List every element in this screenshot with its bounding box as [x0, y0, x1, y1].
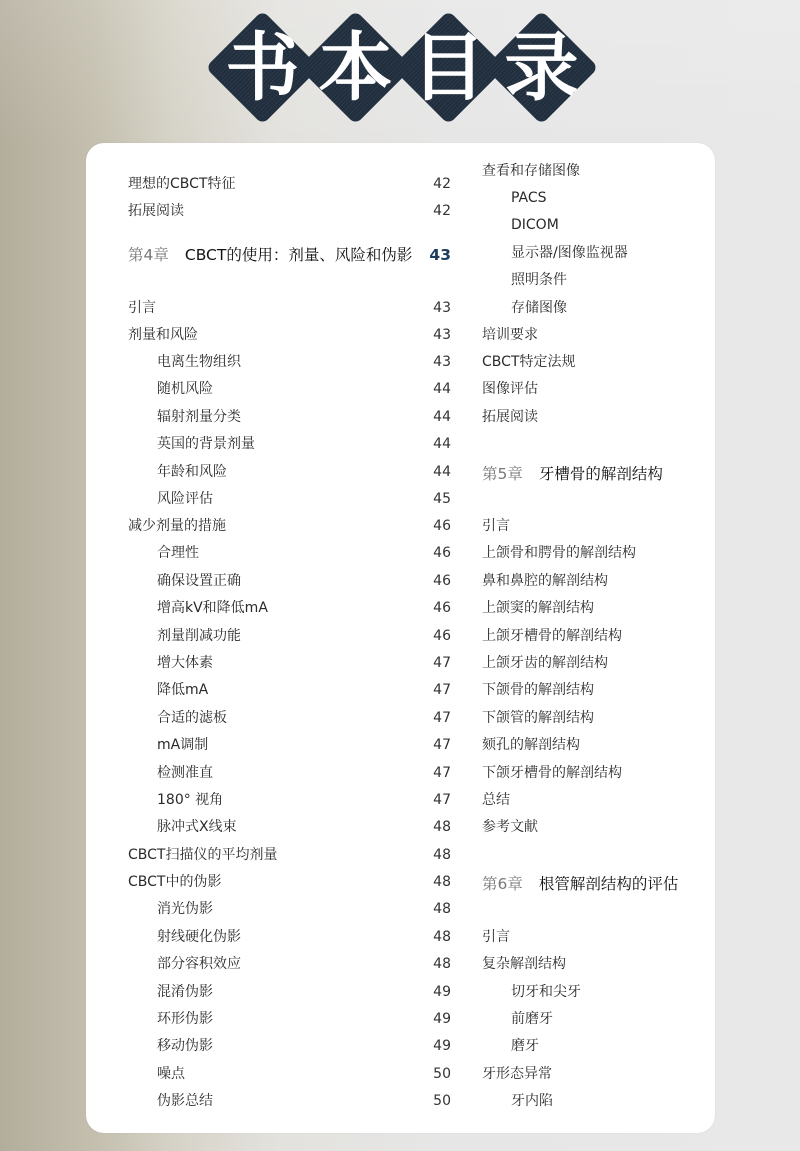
- toc-subentry[interactable]: 英国的背景剂量44: [128, 431, 451, 458]
- toc-entry[interactable]: 牙形态异常: [482, 1061, 712, 1088]
- entry-label: 风险评估: [157, 491, 213, 507]
- entry-label: 复杂解剖结构: [482, 956, 566, 972]
- entry-page-number: 49: [433, 979, 451, 1006]
- toc-entry[interactable]: 拓展阅读: [482, 404, 712, 431]
- toc-entry[interactable]: 图像评估: [482, 376, 712, 403]
- entry-label: 照明条件: [511, 272, 567, 288]
- toc-subentry[interactable]: 照明条件: [482, 267, 712, 294]
- entry-label: 图像评估: [482, 381, 538, 397]
- toc-entry[interactable]: CBCT特定法规: [482, 349, 712, 376]
- entry-label: 合理性: [157, 545, 199, 561]
- toc-entry[interactable]: 下颌牙槽骨的解剖结构: [482, 760, 712, 787]
- toc-entry[interactable]: 参考文献: [482, 814, 712, 841]
- chapter-number: 第6章: [482, 875, 523, 893]
- toc-entry[interactable]: 上颌窦的解剖结构: [482, 595, 712, 622]
- chapter-heading[interactable]: 第6章根管解剖结构的评估: [482, 869, 712, 899]
- entry-page-number: 44: [433, 431, 451, 458]
- toc-subentry[interactable]: 剂量削减功能46: [128, 623, 451, 650]
- toc-subentry[interactable]: 噪点50: [128, 1061, 451, 1088]
- toc-entry[interactable]: 上颌牙齿的解剖结构: [482, 650, 712, 677]
- toc-entry[interactable]: 颏孔的解剖结构: [482, 732, 712, 759]
- toc-subentry[interactable]: 合理性46: [128, 540, 451, 567]
- entry-page-number: 50: [433, 1088, 451, 1115]
- entry-label: PACS: [511, 190, 547, 206]
- entry-label: 合适的滤板: [157, 710, 227, 726]
- chapter-title: 根管解剖结构的评估: [539, 875, 679, 893]
- toc-entry[interactable]: 总结: [482, 787, 712, 814]
- entry-label: 电离生物组织: [157, 354, 241, 370]
- toc-subentry[interactable]: 180° 视角47: [128, 787, 451, 814]
- entry-label: 上颌窦的解剖结构: [482, 600, 594, 616]
- toc-subentry[interactable]: 部分容积效应48: [128, 951, 451, 978]
- title-badge: 录: [484, 10, 599, 125]
- entry-label: 混淆伪影: [157, 984, 213, 1000]
- entry-label: 牙形态异常: [482, 1066, 552, 1082]
- toc-subentry[interactable]: 风险评估45: [128, 486, 451, 513]
- toc-entry[interactable]: 培训要求: [482, 322, 712, 349]
- chapter-title: CBCT的使用：剂量、风险和伪影: [185, 246, 412, 264]
- chapter-number: 第5章: [482, 465, 523, 483]
- entry-page-number: 43: [433, 349, 451, 376]
- toc-subentry[interactable]: 磨牙: [482, 1033, 712, 1060]
- toc-subentry[interactable]: 移动伪影49: [128, 1033, 451, 1060]
- toc-subentry[interactable]: 显示器/图像监视器: [482, 240, 712, 267]
- toc-subentry[interactable]: 消光伪影48: [128, 896, 451, 923]
- entry-page-number: 48: [433, 814, 451, 841]
- chapter-title: 牙槽骨的解剖结构: [539, 465, 663, 483]
- entry-label: 下颌管的解剖结构: [482, 710, 594, 726]
- toc-subentry[interactable]: 辐射剂量分类44: [128, 404, 451, 431]
- entry-label: 引言: [128, 300, 156, 316]
- entry-label: 上颌牙槽骨的解剖结构: [482, 628, 622, 644]
- entry-label: 上颌骨和腭骨的解剖结构: [482, 545, 636, 561]
- chapter-number: 第4章: [128, 246, 169, 264]
- entry-label: 引言: [482, 518, 510, 534]
- toc-subentry[interactable]: 牙内陷: [482, 1088, 712, 1115]
- entry-page-number: 47: [433, 705, 451, 732]
- toc-subentry[interactable]: 脉冲式X线束48: [128, 814, 451, 841]
- toc-subentry[interactable]: 切牙和尖牙: [482, 979, 712, 1006]
- toc-entry[interactable]: 引言: [482, 513, 712, 540]
- toc-subentry[interactable]: 存储图像: [482, 295, 712, 322]
- entry-label: 180° 视角: [157, 792, 223, 808]
- entry-page-number: 46: [433, 595, 451, 622]
- entry-label: 磨牙: [511, 1038, 539, 1054]
- toc-subentry[interactable]: 增高kV和降低mA46: [128, 595, 451, 622]
- entry-label: 随机风险: [157, 381, 213, 397]
- entry-page-number: 48: [433, 842, 451, 869]
- toc-subentry[interactable]: 环形伪影49: [128, 1006, 451, 1033]
- chapter-page-number: 43: [429, 240, 451, 270]
- entry-page-number: 49: [433, 1006, 451, 1033]
- toc-entry[interactable]: 下颌管的解剖结构: [482, 705, 712, 732]
- entry-label: 引言: [482, 929, 510, 945]
- toc-entry[interactable]: 查看和存储图像: [482, 158, 712, 185]
- entry-label: 确保设置正确: [157, 573, 241, 589]
- entry-label: 脉冲式X线束: [157, 819, 237, 835]
- toc-entry[interactable]: 理想的CBCT特征42: [128, 171, 451, 198]
- entry-page-number: 46: [433, 540, 451, 567]
- entry-label: 环形伪影: [157, 1011, 213, 1027]
- toc-subentry[interactable]: PACS: [482, 185, 712, 212]
- entry-label: 检测准直: [157, 765, 213, 781]
- entry-page-number: 46: [433, 623, 451, 650]
- title-char: 录: [484, 10, 599, 125]
- toc-entry[interactable]: 复杂解剖结构: [482, 951, 712, 978]
- toc-entry[interactable]: 减少剂量的措施46: [128, 513, 451, 540]
- entry-label: 颏孔的解剖结构: [482, 737, 580, 753]
- entry-label: 辐射剂量分类: [157, 409, 241, 425]
- chapter-heading[interactable]: 第4章CBCT的使用：剂量、风险和伪影43: [128, 240, 451, 270]
- entry-page-number: 44: [433, 376, 451, 403]
- entry-page-number: 47: [433, 677, 451, 704]
- entry-label: 减少剂量的措施: [128, 518, 226, 534]
- toc-entry[interactable]: CBCT中的伪影48: [128, 869, 451, 896]
- entry-page-number: 43: [433, 322, 451, 349]
- entry-label: 剂量削减功能: [157, 628, 241, 644]
- entry-label: CBCT扫描仪的平均剂量: [128, 847, 277, 863]
- toc-subentry[interactable]: 降低mA47: [128, 677, 451, 704]
- entry-page-number: 47: [433, 732, 451, 759]
- entry-label: 移动伪影: [157, 1038, 213, 1054]
- entry-label: 噪点: [157, 1066, 185, 1082]
- entry-page-number: 47: [433, 760, 451, 787]
- entry-label: 增高kV和降低mA: [157, 600, 268, 616]
- entry-page-number: 48: [433, 869, 451, 896]
- entry-page-number: 44: [433, 404, 451, 431]
- entry-label: 降低mA: [157, 682, 208, 698]
- entry-page-number: 48: [433, 951, 451, 978]
- entry-page-number: 49: [433, 1033, 451, 1060]
- toc-subentry[interactable]: 合适的滤板47: [128, 705, 451, 732]
- toc-entry[interactable]: CBCT扫描仪的平均剂量48: [128, 842, 451, 869]
- entry-page-number: 46: [433, 513, 451, 540]
- toc-subentry[interactable]: 前磨牙: [482, 1006, 712, 1033]
- entry-label: 参考文献: [482, 819, 538, 835]
- entry-label: 下颌牙槽骨的解剖结构: [482, 765, 622, 781]
- toc-entry[interactable]: 拓展阅读42: [128, 198, 451, 225]
- entry-label: 鼻和鼻腔的解剖结构: [482, 573, 608, 589]
- entry-label: CBCT特定法规: [482, 354, 575, 370]
- entry-page-number: 45: [433, 486, 451, 513]
- entry-label: 存储图像: [511, 300, 567, 316]
- toc-entry[interactable]: 引言43: [128, 295, 451, 322]
- entry-label: 前磨牙: [511, 1011, 553, 1027]
- entry-label: 拓展阅读: [482, 409, 538, 425]
- entry-page-number: 48: [433, 896, 451, 923]
- entry-page-number: 44: [433, 459, 451, 486]
- entry-label: 拓展阅读: [128, 203, 184, 219]
- entry-page-number: 46: [433, 568, 451, 595]
- entry-label: 上颌牙齿的解剖结构: [482, 655, 608, 671]
- toc-subentry[interactable]: mA调制47: [128, 732, 451, 759]
- entry-page-number: 47: [433, 650, 451, 677]
- toc-subentry[interactable]: 伪影总结50: [128, 1088, 451, 1115]
- toc-subentry[interactable]: 混淆伪影49: [128, 979, 451, 1006]
- toc-subentry[interactable]: 射线硬化伪影48: [128, 924, 451, 951]
- entry-label: 下颌骨的解剖结构: [482, 682, 594, 698]
- toc-entry[interactable]: 剂量和风险43: [128, 322, 451, 349]
- toc-card: 理想的CBCT特征42拓展阅读42第4章CBCT的使用：剂量、风险和伪影43引言…: [86, 143, 715, 1133]
- entry-page-number: 42: [433, 171, 451, 198]
- entry-page-number: 43: [433, 295, 451, 322]
- entry-label: 显示器/图像监视器: [511, 245, 628, 261]
- toc-entry[interactable]: 下颌骨的解剖结构: [482, 677, 712, 704]
- entry-label: 总结: [482, 792, 510, 808]
- entry-page-number: 42: [433, 198, 451, 225]
- toc-subentry[interactable]: 年龄和风险44: [128, 459, 451, 486]
- entry-label: 增大体素: [157, 655, 213, 671]
- entry-label: 查看和存储图像: [482, 163, 580, 179]
- toc-subentry[interactable]: 确保设置正确46: [128, 568, 451, 595]
- entry-label: 理想的CBCT特征: [128, 176, 235, 192]
- toc-subentry[interactable]: 增大体素47: [128, 650, 451, 677]
- entry-label: 切牙和尖牙: [511, 984, 581, 1000]
- entry-label: 伪影总结: [157, 1093, 213, 1109]
- entry-label: 英国的背景剂量: [157, 436, 255, 452]
- toc-subentry[interactable]: 随机风险44: [128, 376, 451, 403]
- entry-page-number: 47: [433, 787, 451, 814]
- entry-label: DICOM: [511, 217, 559, 233]
- toc-entry[interactable]: 上颌骨和腭骨的解剖结构: [482, 540, 712, 567]
- entry-label: mA调制: [157, 737, 208, 753]
- page-title-banner: 书 本 目 录: [205, 10, 600, 125]
- toc-subentry[interactable]: 检测准直47: [128, 760, 451, 787]
- entry-label: 部分容积效应: [157, 956, 241, 972]
- entry-label: 年龄和风险: [157, 464, 227, 480]
- entry-label: 牙内陷: [511, 1093, 553, 1109]
- chapter-heading[interactable]: 第5章牙槽骨的解剖结构: [482, 459, 712, 489]
- toc-subentry[interactable]: DICOM: [482, 212, 712, 239]
- toc-subentry[interactable]: 电离生物组织43: [128, 349, 451, 376]
- entry-label: 消光伪影: [157, 901, 213, 917]
- toc-entry[interactable]: 上颌牙槽骨的解剖结构: [482, 623, 712, 650]
- entry-label: 剂量和风险: [128, 327, 198, 343]
- entry-label: 培训要求: [482, 327, 538, 343]
- toc-entry[interactable]: 鼻和鼻腔的解剖结构: [482, 568, 712, 595]
- entry-page-number: 48: [433, 924, 451, 951]
- entry-page-number: 50: [433, 1061, 451, 1088]
- entry-label: 射线硬化伪影: [157, 929, 241, 945]
- entry-label: CBCT中的伪影: [128, 874, 221, 890]
- toc-entry[interactable]: 引言: [482, 924, 712, 951]
